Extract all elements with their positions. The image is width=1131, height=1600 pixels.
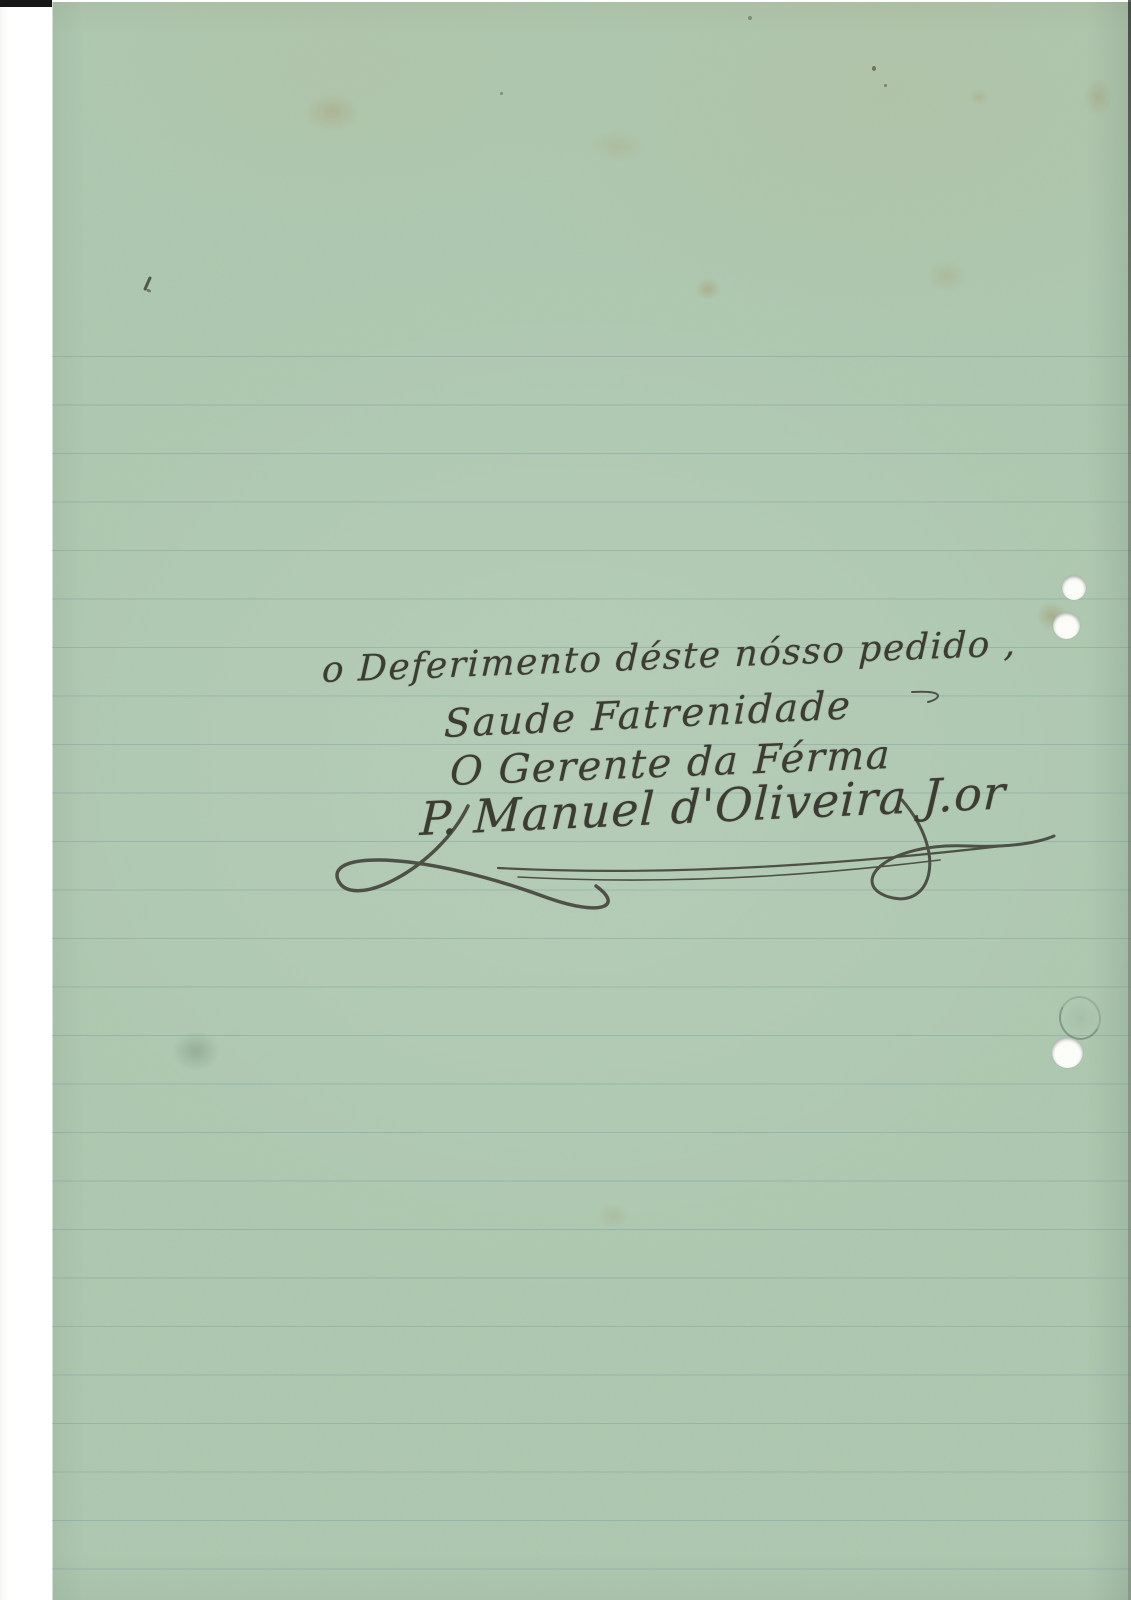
- scanned-page: o Deferimento déste nósso pedido , Saude…: [0, 0, 1131, 1600]
- punch-hole: [1052, 1037, 1083, 1068]
- punch-hole: [1053, 612, 1080, 639]
- paper-sheet: [52, 2, 1131, 1600]
- scanner-edge-strip: [0, 0, 52, 7]
- scanner-backing: [0, 0, 53, 1600]
- punch-hole: [1062, 575, 1086, 600]
